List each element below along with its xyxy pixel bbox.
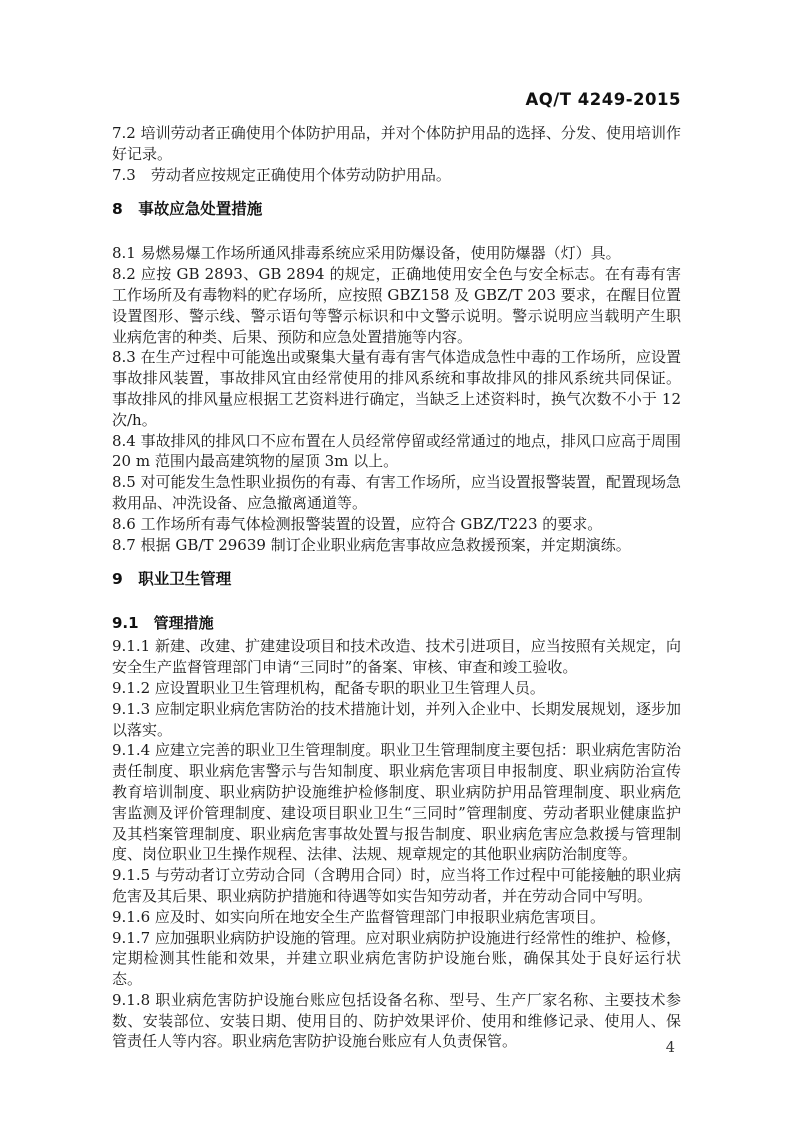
paragraph-9-1-3: 9.1.3 应制定职业病危害防治的技术措施计划，并列入企业中、长期发展规划，逐步… (112, 699, 681, 741)
document-body: 7.2 培训劳动者正确使用个体防护用品，并对个体防护用品的选择、分发、使用培训作… (112, 123, 681, 1052)
paragraph-9-1-5: 9.1.5 与劳动者订立劳动合同（含聘用合同）时，应当将工作过程中可能接触的职业… (112, 865, 681, 907)
subsection-heading-9-1: 9.1 管理措施 (112, 613, 681, 634)
paragraph-7-2: 7.2 培训劳动者正确使用个体防护用品，并对个体防护用品的选择、分发、使用培训作… (112, 123, 681, 165)
document-code-header: AQ/T 4249-2015 (525, 90, 681, 109)
paragraph-9-1-7: 9.1.7 应加强职业病防护设施的管理。应对职业病防护设施进行经常性的维护、检修… (112, 928, 681, 990)
paragraph-8-6: 8.6 工作场所有毒气体检测报警装置的设置，应符合 GBZ/T223 的要求。 (112, 514, 681, 535)
paragraph-9-1-8: 9.1.8 职业病危害防护设施台账应包括设备名称、型号、生产厂家名称、主要技术参… (112, 990, 681, 1052)
paragraph-9-1-6: 9.1.6 应及时、如实向所在地安全生产监督管理部门申报职业病危害项目。 (112, 907, 681, 928)
paragraph-7-3: 7.3 劳动者应按规定正确使用个体劳动防护用品。 (112, 165, 681, 186)
paragraph-8-2: 8.2 应按 GB 2893、GB 2894 的规定，正确地使用安全色与安全标志… (112, 264, 681, 347)
paragraph-8-1: 8.1 易燃易爆工作场所通风排毒系统应采用防爆设备，使用防爆器（灯）具。 (112, 243, 681, 264)
paragraph-9-1-1: 9.1.1 新建、改建、扩建建设项目和技术改造、技术引进项目，应当按照有关规定，… (112, 636, 681, 678)
section-heading-9: 9 职业卫生管理 (112, 569, 681, 590)
paragraph-8-7: 8.7 根据 GB/T 29639 制订企业职业病危害事故应急救援预案，并定期演… (112, 535, 681, 556)
section-heading-8: 8 事故应急处置措施 (112, 199, 681, 220)
page-number: 4 (666, 1040, 675, 1056)
paragraph-8-5: 8.5 对可能发生急性职业损伤的有毒、有害工作场所，应当设置报警装置，配置现场急… (112, 472, 681, 514)
paragraph-9-1-4: 9.1.4 应建立完善的职业卫生管理制度。职业卫生管理制度主要包括：职业病危害防… (112, 740, 681, 865)
paragraph-9-1-2: 9.1.2 应设置职业卫生管理机构，配备专职的职业卫生管理人员。 (112, 678, 681, 699)
paragraph-8-3: 8.3 在生产过程中可能逸出或聚集大量有毒有害气体造成急性中毒的工作场所，应设置… (112, 347, 681, 430)
document-page: AQ/T 4249-2015 7.2 培训劳动者正确使用个体防护用品，并对个体防… (0, 0, 793, 1122)
paragraph-8-4: 8.4 事故排风的排风口不应布置在人员经常停留或经常通过的地点，排风口应高于周围… (112, 431, 681, 473)
